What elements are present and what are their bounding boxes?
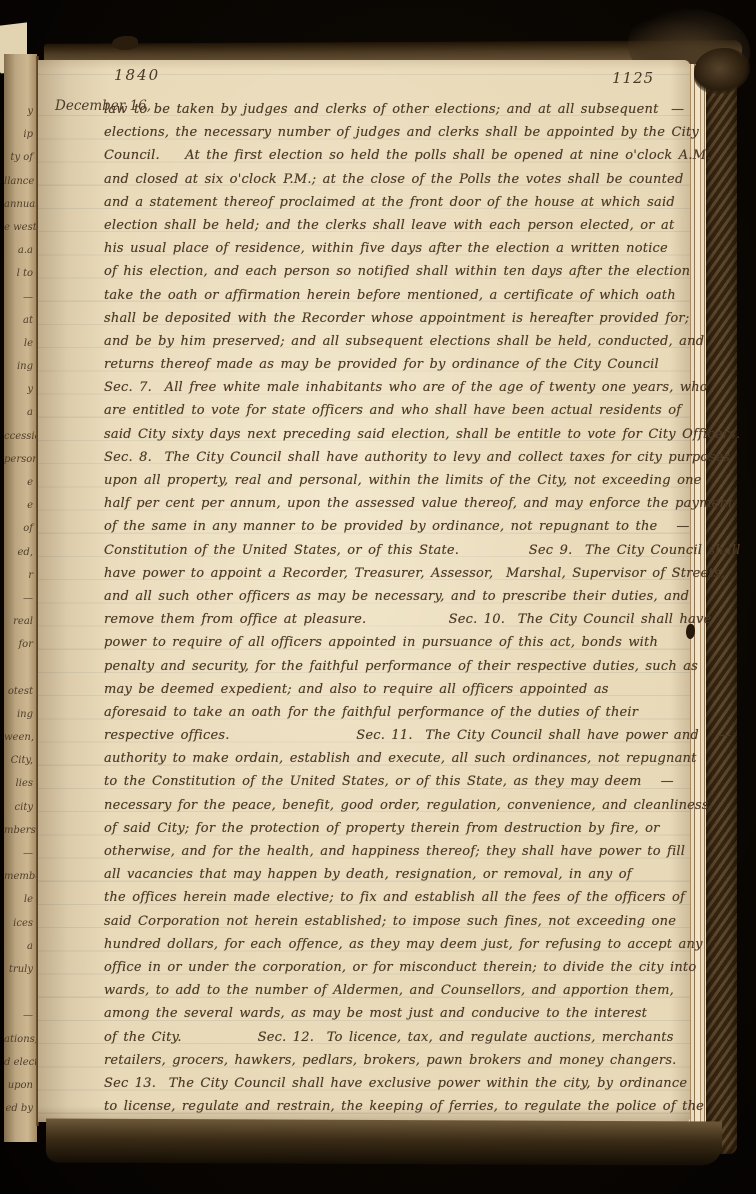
bleed-fragment: ween, — [4, 726, 37, 749]
bleed-fragment — [4, 657, 37, 680]
manuscript-line: wards, to add to the number of Aldermen,… — [104, 979, 690, 1002]
bleed-fragment: City, — [4, 749, 37, 772]
manuscript-line: necessary for the peace, benefit, good o… — [104, 794, 690, 817]
bleed-fragment — [4, 981, 37, 1004]
bleed-fragment: llance — [4, 170, 37, 193]
bleed-fragment: ip — [4, 123, 37, 146]
manuscript-line: and a statement thereof proclaimed at th… — [104, 191, 690, 214]
manuscript-line: among the several wards, as may be most … — [104, 1002, 690, 1025]
bleed-fragment: annual — [4, 193, 37, 216]
manuscript-line: Sec 13. The City Council shall have excl… — [104, 1072, 690, 1095]
manuscript-line: his usual place of residence, within fiv… — [104, 237, 690, 260]
bleed-fragment: truly — [4, 958, 37, 981]
bleed-fragment: r — [4, 564, 37, 587]
bleed-fragment: d election — [4, 1051, 37, 1074]
manuscript-line: penalty and security, for the faithful p… — [104, 655, 690, 678]
bleed-fragment: members — [4, 865, 37, 888]
manuscript-line: the offices herein made elective; to fix… — [104, 886, 690, 909]
bleed-fragment: — — [4, 842, 37, 865]
manuscript-line: retailers, grocers, hawkers, pedlars, br… — [104, 1049, 690, 1072]
bleed-fragment: city — [4, 796, 37, 819]
bleed-fragment: e — [4, 494, 37, 517]
manuscript-line: election shall be held; and the clerks s… — [104, 214, 690, 237]
facing-page-edge: yipty ofllanceannuale westa.al to—atlein… — [4, 54, 37, 1142]
manuscript-line: respective offices. Sec. 11. The City Co… — [104, 724, 690, 747]
bleed-fragment: ing — [4, 703, 37, 726]
manuscript-line: authority to make ordain, establish and … — [104, 747, 690, 770]
bleed-fragment: a — [4, 401, 37, 424]
manuscript-line: elections, the necessary number of judge… — [104, 121, 690, 144]
manuscript-line: and closed at six o'clock P.M.; at the c… — [104, 168, 690, 191]
bleed-fragment: ccession, — [4, 425, 37, 448]
bleed-fragment: — — [4, 286, 37, 309]
bleed-fragment: y — [4, 100, 37, 123]
bleed-fragment: le — [4, 888, 37, 911]
bleed-fragment: otest — [4, 680, 37, 703]
book-cover-bottom-edge — [46, 1119, 722, 1166]
bleed-fragment: l to — [4, 262, 37, 285]
page-number: 1125 — [612, 69, 654, 87]
manuscript-line: aforesaid to take an oath for the faithf… — [104, 701, 690, 724]
bleed-fragment: ices — [4, 912, 37, 935]
manuscript-line: power to require of all officers appoint… — [104, 631, 690, 654]
manuscript-line: of the City. Sec. 12. To licence, tax, a… — [104, 1026, 690, 1049]
bleed-fragment: — — [4, 587, 37, 610]
year-heading: 1840 — [114, 66, 160, 84]
bleed-fragment: person — [4, 448, 37, 471]
manuscript-line: of said City; for the protection of prop… — [104, 817, 690, 840]
manuscript-line: otherwise, and for the health, and happi… — [104, 840, 690, 863]
manuscript-line: and be by him preserved; and all subsequ… — [104, 330, 690, 353]
manuscript-line: office in or under the corporation, or f… — [104, 956, 690, 979]
manuscript-line: shall be deposited with the Recorder who… — [104, 307, 690, 330]
bleed-fragment: at — [4, 309, 37, 332]
book-cover-right-edge — [706, 54, 737, 1154]
manuscript-line: remove them from office at pleasure. Sec… — [104, 608, 690, 631]
frayed-corner-detail — [694, 48, 750, 94]
manuscript-line: of his election, and each person so noti… — [104, 260, 690, 283]
bleed-fragments-column: yipty ofllanceannuale westa.al to—atlein… — [4, 100, 37, 1120]
bleed-fragment: e — [4, 471, 37, 494]
manuscript-line: upon all property, real and personal, wi… — [104, 469, 690, 492]
photo-background: yipty ofllanceannuale westa.al to—atlein… — [0, 0, 756, 1194]
manuscript-line: of the same in any manner to be provided… — [104, 515, 690, 538]
manuscript-line: and all such other officers as may be ne… — [104, 585, 690, 608]
manuscript-line: all vacancies that may happen by death, … — [104, 863, 690, 886]
manuscript-line: are entitled to vote for state officers … — [104, 399, 690, 422]
manuscript-line: returns thereof made as may be provided … — [104, 353, 690, 376]
bleed-fragment: ed by — [4, 1097, 37, 1120]
bleed-fragment: upon — [4, 1074, 37, 1097]
bleed-fragment: real — [4, 610, 37, 633]
bleed-fragment: a — [4, 935, 37, 958]
manuscript-line: said City sixty days next preceding said… — [104, 423, 690, 446]
manuscript-line: have power to appoint a Recorder, Treasu… — [104, 562, 690, 585]
bleed-fragment: — — [4, 1004, 37, 1027]
bleed-fragment: lies — [4, 772, 37, 795]
bleed-fragment: a.a — [4, 239, 37, 262]
bleed-fragment: ed, — [4, 541, 37, 564]
manuscript-line: Sec. 7. All free white male inhabitants … — [104, 376, 690, 399]
manuscript-page: 1840 1125 December 16, law to be taken b… — [38, 60, 690, 1122]
bleed-fragment: ty of — [4, 146, 37, 169]
bleed-fragment: for — [4, 633, 37, 656]
manuscript-text: law to be taken by judges and clerks of … — [104, 98, 690, 1118]
manuscript-line: said Corporation not herein established;… — [104, 910, 690, 933]
bleed-fragment: of — [4, 517, 37, 540]
bleed-fragment: ing — [4, 355, 37, 378]
manuscript-line: take the oath or affirmation herein befo… — [104, 284, 690, 307]
manuscript-line: to the Constitution of the United States… — [104, 770, 690, 793]
manuscript-line: half per cent per annum, upon the assess… — [104, 492, 690, 515]
bleed-fragment: le — [4, 332, 37, 355]
manuscript-line: hundred dollars, for each offence, as th… — [104, 933, 690, 956]
cover-wear-tuft — [112, 36, 138, 50]
manuscript-line: Council. At the first election so held t… — [104, 144, 690, 167]
manuscript-line: Constitution of the United States, or of… — [104, 539, 690, 562]
manuscript-line: Sec. 8. The City Council shall have auth… — [104, 446, 690, 469]
manuscript-line: law to be taken by judges and clerks of … — [104, 98, 690, 121]
bleed-fragment: mbers, — [4, 819, 37, 842]
bleed-fragment: e west — [4, 216, 37, 239]
manuscript-line: to license, regulate and restrain, the k… — [104, 1095, 690, 1118]
bleed-fragment: ations; — [4, 1028, 37, 1051]
manuscript-line: may be deemed expedient; and also to req… — [104, 678, 690, 701]
bleed-fragment: y — [4, 378, 37, 401]
